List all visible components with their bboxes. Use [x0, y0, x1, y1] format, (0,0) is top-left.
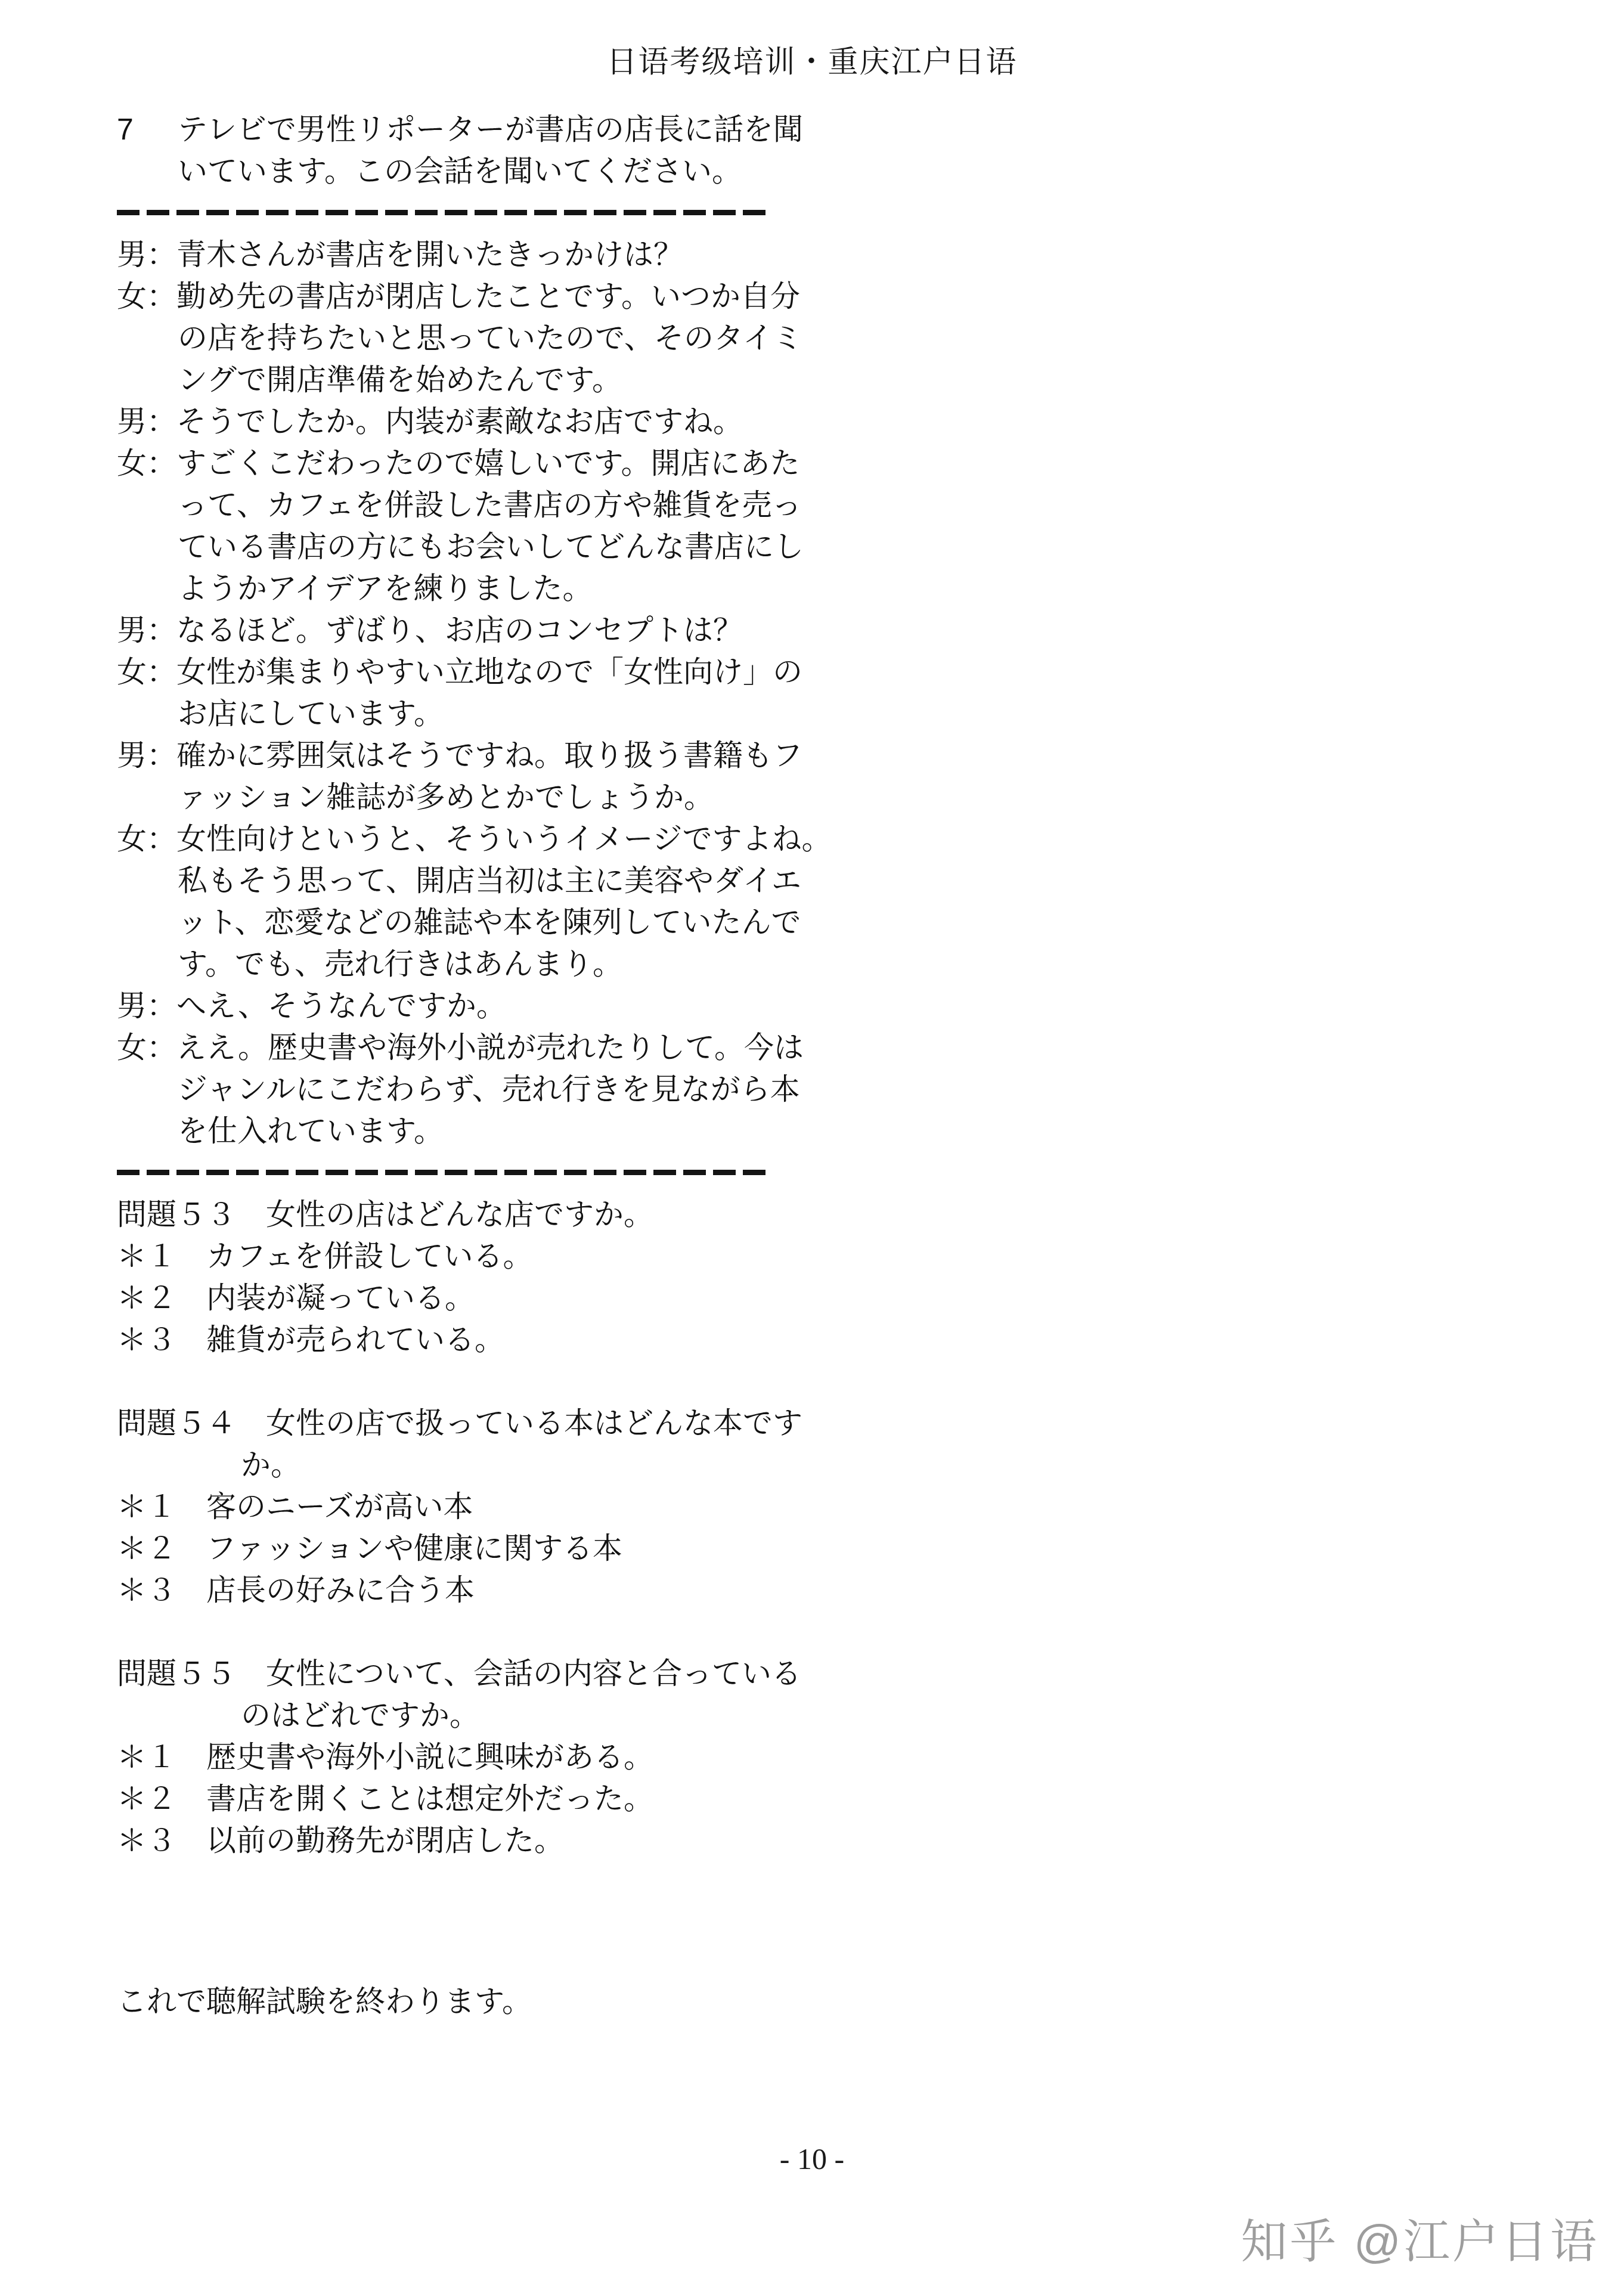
question-55-title: 問題５５ 女性について、会話の内容と合っている	[117, 1653, 963, 1694]
question-55-option-3: ＊３ 以前の勤務先が閉店した。	[117, 1820, 963, 1861]
question-55-option-1: ＊１ 歴史書や海外小説に興味がある。	[117, 1736, 963, 1778]
dialogue-line: 男：へえ、そうなんですか。	[117, 985, 963, 1027]
page-number: - 10 -	[0, 2142, 1624, 2176]
intro-line-2: いています。この会話を聞いてください。	[117, 150, 963, 192]
dialogue-line: 男：そうでしたか。内装が素敵なお店ですね。	[117, 401, 963, 442]
question-55-option-2: ＊２ 書店を開くことは想定外だった。	[117, 1778, 963, 1820]
dialogue-line: す。でも、売れ行きはあんまり。	[117, 943, 963, 985]
dialogue-line: ァッション雑誌が多めとかでしょうか。	[117, 776, 963, 818]
question-55-title-wrap: のはどれですか。	[117, 1694, 963, 1736]
dialogue-line: 女：すごくこだわったので嬉しいです。開店にあた	[117, 442, 963, 484]
question-53-title: 問題５３ 女性の店はどんな店ですか。	[117, 1194, 963, 1235]
question-53-option-3: ＊３ 雑貨が売られている。	[117, 1319, 963, 1361]
dialogue-line: ジャンルにこだわらず、売れ行きを見ながら本	[117, 1068, 963, 1110]
dialogue-line: ている書店の方にもお会いしてどんな書店にし	[117, 526, 963, 568]
dialogue-line: お店にしています。	[117, 693, 963, 735]
dashed-separator-bottom	[117, 1152, 963, 1194]
question-54-option-2: ＊２ ファッションや健康に関する本	[117, 1527, 963, 1569]
closing-statement: これで聴解試験を終わります。	[117, 1981, 963, 2022]
dialogue-line: 男：確かに雰囲気はそうですね。取り扱う書籍もフ	[117, 735, 963, 776]
question-54-option-3: ＊３ 店長の好みに合う本	[117, 1569, 963, 1611]
question-54-option-1: ＊１ 客のニーズが高い本	[117, 1486, 963, 1527]
question-number: 7	[117, 109, 178, 150]
dialogue-line: 男：なるほど。ずばり、お店のコンセプトは？	[117, 609, 963, 651]
dialogue-line: 女：ええ。歴史書や海外小説が売れたりして。今は	[117, 1027, 963, 1068]
intro-line-1: 7テレビで男性リポーターが書店の店長に話を聞	[117, 109, 963, 150]
transcript-content: 7テレビで男性リポーターが書店の店長に話を聞 いています。この会話を聞いてくださ…	[117, 109, 963, 2022]
dialogue-line: 女：女性向けというと、そういうイメージですよね。	[117, 818, 963, 860]
dialogue-line: ようかアイデアを練りました。	[117, 568, 963, 609]
intro-line-1-text: テレビで男性リポーターが書店の店長に話を聞	[178, 113, 803, 146]
question-54-block: 問題５４ 女性の店で扱っている本はどんな本です か。 ＊１ 客のニーズが高い本 …	[117, 1402, 963, 1611]
question-53-block: 問題５３ 女性の店はどんな店ですか。 ＊１ カフェを併設している。 ＊２ 内装が…	[117, 1194, 963, 1361]
dashed-separator-top	[117, 192, 963, 234]
dialogue-line: 私もそう思って、開店当初は主に美容やダイエ	[117, 860, 963, 901]
question-54-title: 問題５４ 女性の店で扱っている本はどんな本です	[117, 1402, 963, 1444]
question-55-block: 問題５５ 女性について、会話の内容と合っている のはどれですか。 ＊１ 歴史書や…	[117, 1653, 963, 1861]
dialogue-line: を仕入れています。	[117, 1110, 963, 1152]
dialogue-line: ット、恋愛などの雑誌や本を陳列していたんで	[117, 901, 963, 943]
dialogue-line: 男：青木さんが書店を開いたきっかけは？	[117, 234, 963, 275]
dialogue-line: 女：女性が集まりやすい立地なので「女性向け」の	[117, 651, 963, 693]
watermark: 知乎 @江户日语	[1241, 2205, 1599, 2272]
question-53-option-1: ＊１ カフェを併設している。	[117, 1235, 963, 1277]
dialogue-line: って、カフェを併設した書店の方や雑貨を売っ	[117, 484, 963, 526]
dialogue-line: 女：勤め先の書店が閉店したことです。いつか自分	[117, 275, 963, 317]
dialogue-line: の店を持ちたいと思っていたので、そのタイミ	[117, 317, 963, 359]
question-53-option-2: ＊２ 内装が凝っている。	[117, 1277, 963, 1319]
header-title: 日语考级培训・重庆江户日语	[0, 37, 1624, 81]
question-54-title-wrap: か。	[117, 1444, 963, 1486]
document-page: 日语考级培训・重庆江户日语 7テレビで男性リポーターが書店の店長に話を聞 いてい…	[0, 0, 1624, 2293]
dialogue-line: ングで開店準備を始めたんです。	[117, 359, 963, 401]
